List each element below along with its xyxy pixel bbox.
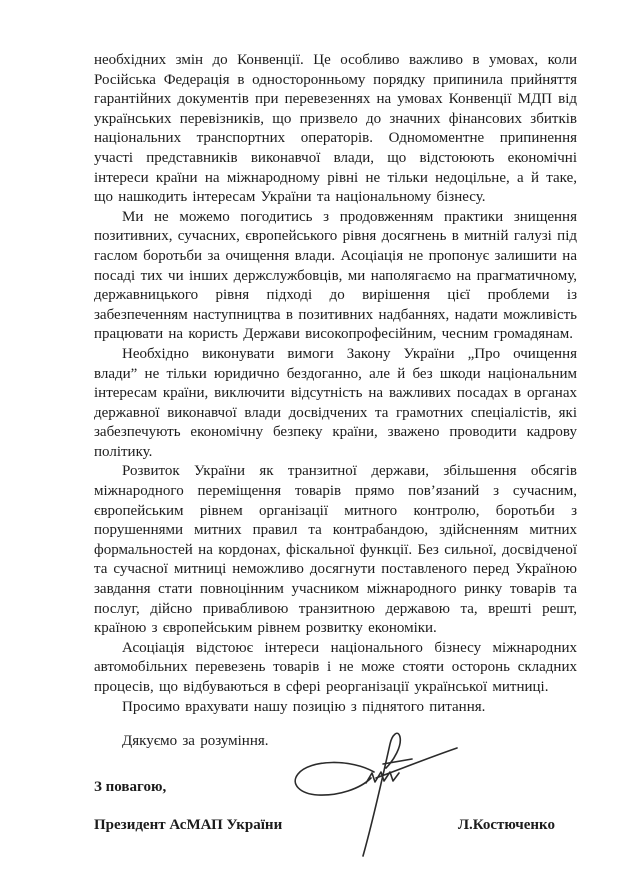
body-paragraph: Ми не можемо погодитись з продовженням п…	[94, 208, 577, 345]
signer-title: Президент АсМАП України	[94, 816, 282, 836]
body-paragraph: Необхідно виконувати вимоги Закону Украї…	[94, 345, 577, 463]
signer-name: Л.Костюченко	[458, 816, 555, 836]
body-paragraph: Асоціація відстоює інтереси національног…	[94, 639, 577, 698]
signature-icon	[285, 722, 465, 862]
body-paragraph: необхідних змін до Конвенції. Це особлив…	[94, 51, 577, 208]
body-paragraph: Розвиток України як транзитної держави, …	[94, 462, 577, 638]
request-line: Просимо врахувати нашу позицію з піднято…	[94, 698, 577, 718]
letter-page: необхідних змін до Конвенції. Це особлив…	[0, 0, 620, 877]
letter-body: необхідних змін до Конвенції. Це особлив…	[94, 51, 577, 836]
